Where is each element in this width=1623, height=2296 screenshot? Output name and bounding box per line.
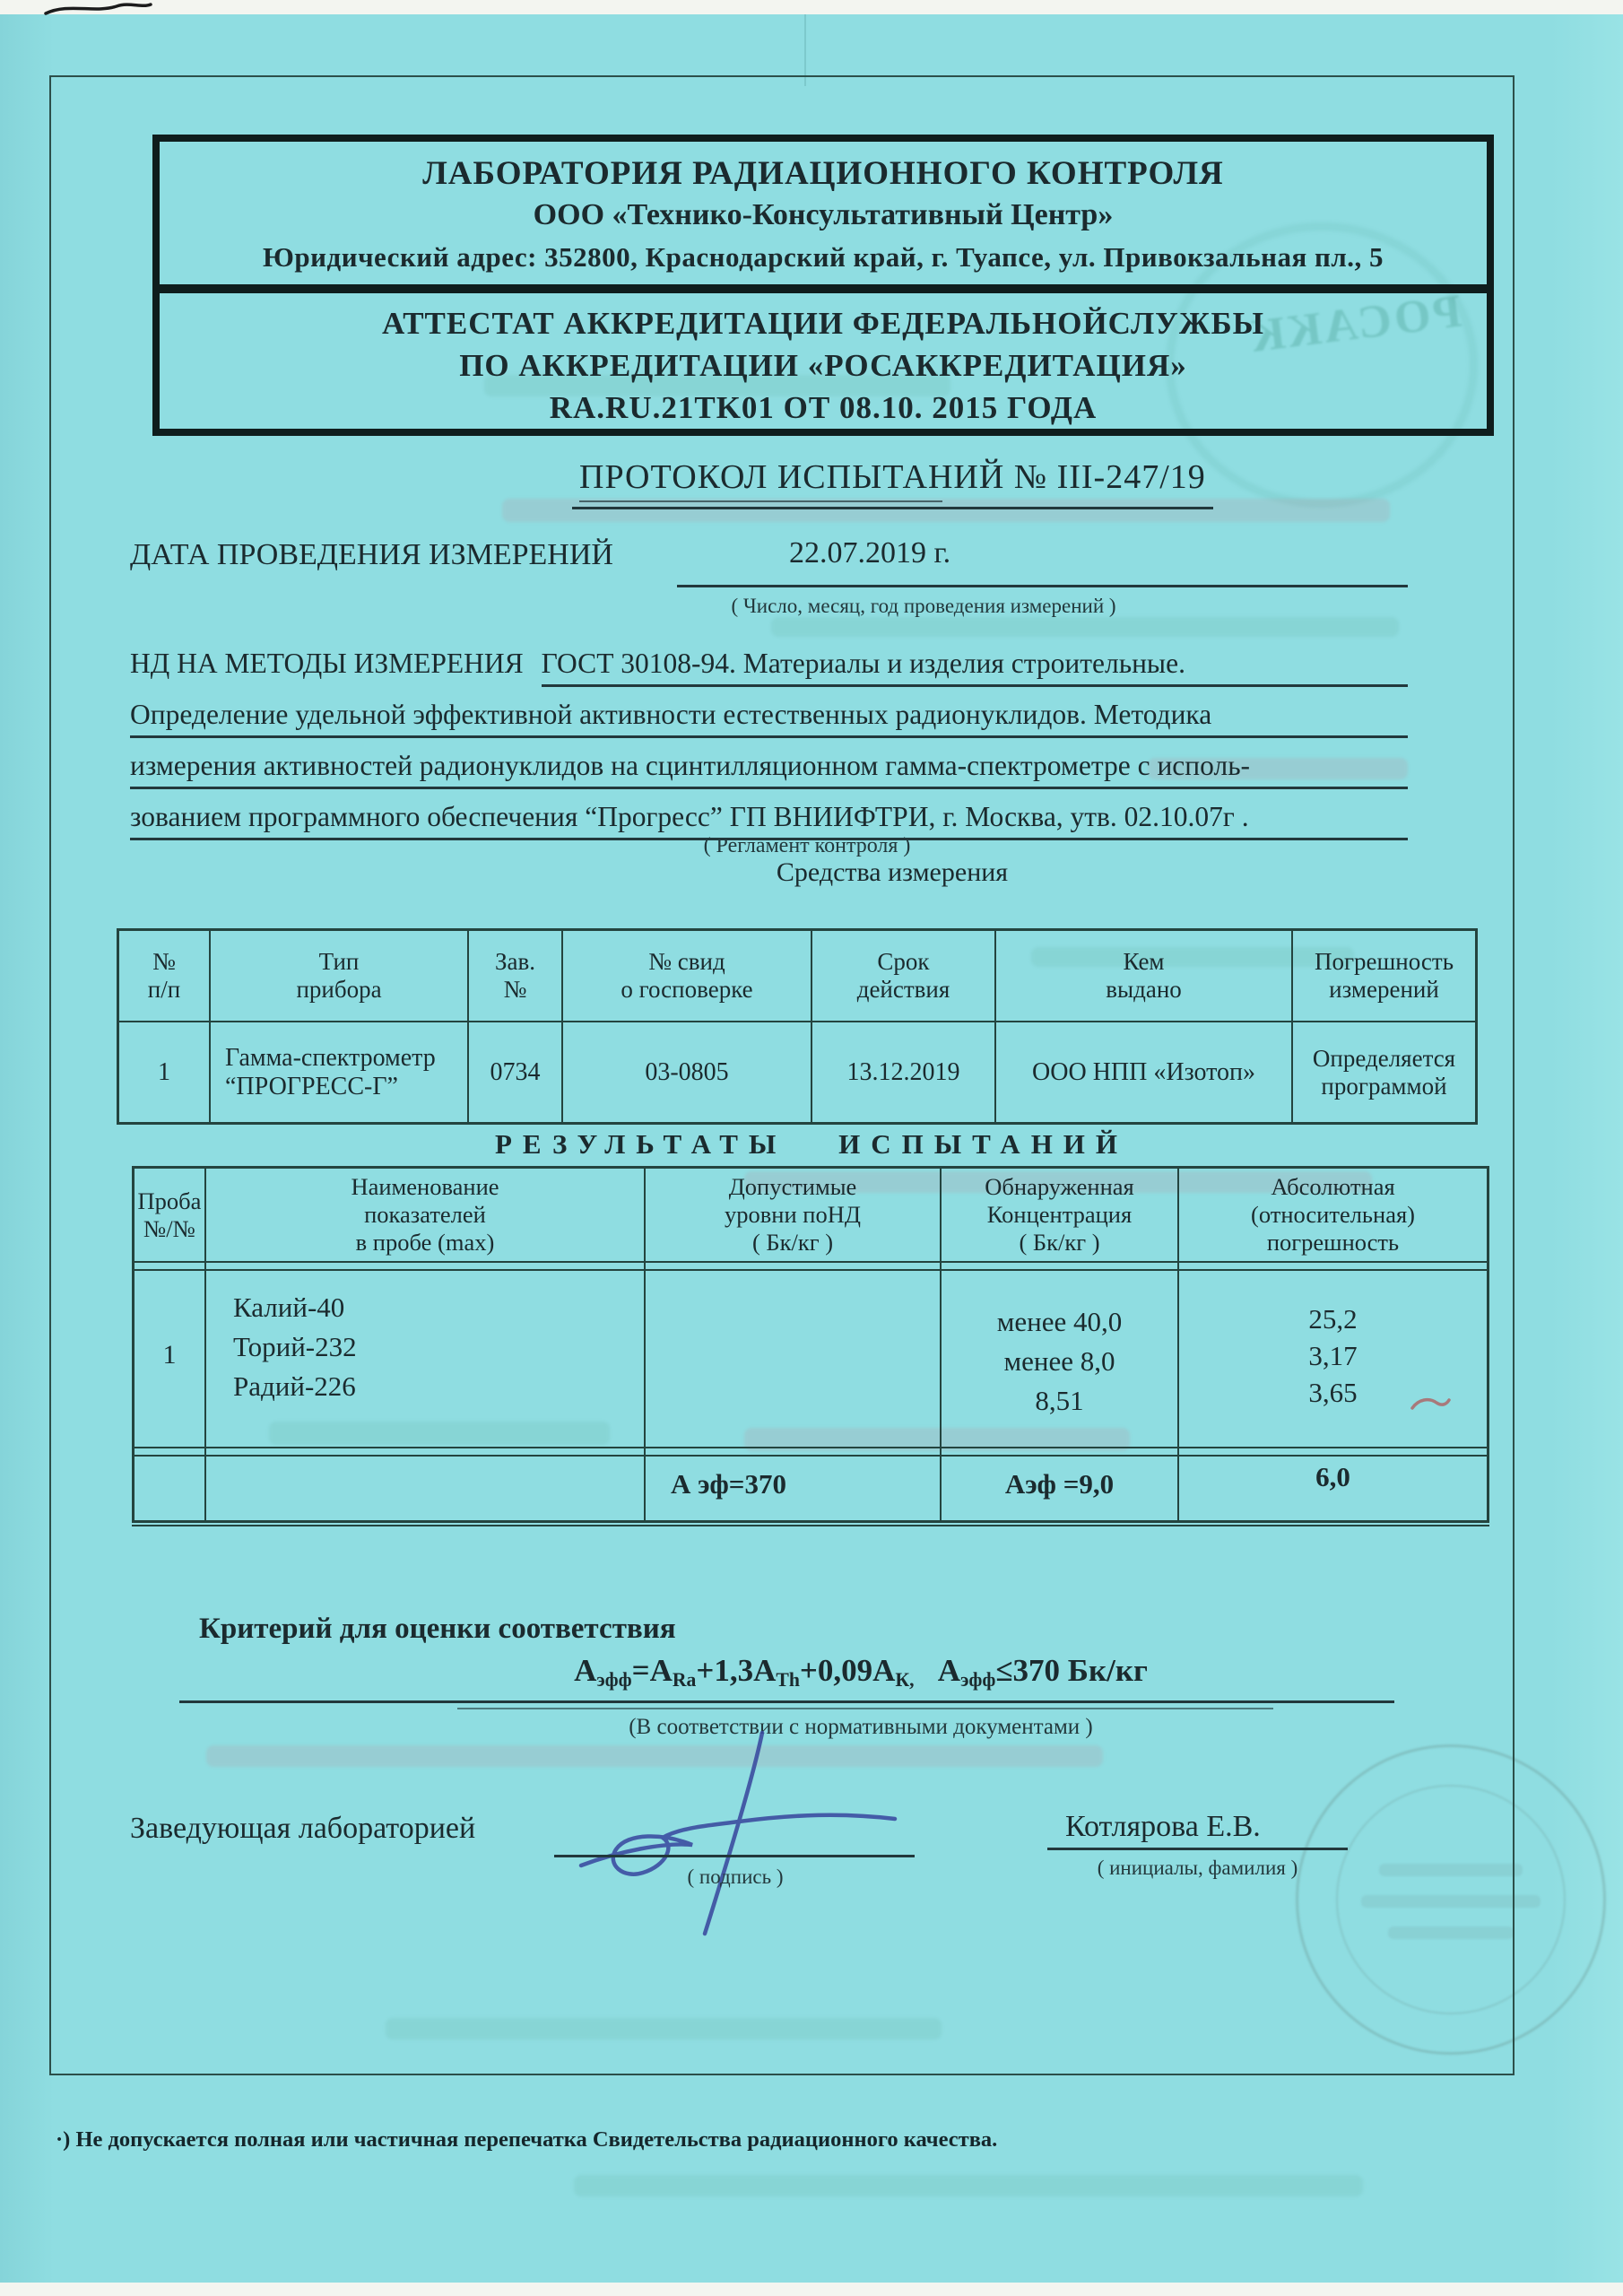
- table-cell: 13.12.2019: [811, 1021, 994, 1122]
- summary-empty-cell: [135, 1447, 204, 1520]
- col-header: Наименование показателей в пробе (max): [204, 1169, 644, 1261]
- methods-label: НД НА МЕТОДЫ ИЗМЕРЕНИЯ: [130, 648, 524, 680]
- double-rule: [132, 1525, 1489, 1526]
- date-underline: [677, 585, 1408, 587]
- signature-line: [554, 1855, 915, 1857]
- footnote: ·) Не допускается полная или частичная п…: [56, 2127, 997, 2152]
- criterion-formula: Аэфф=АRa+1,3АTh+0,09АК, Аэфф≤370 Бк/кг: [323, 1653, 1399, 1692]
- summary-empty-cell: [204, 1447, 644, 1520]
- allowed-levels-cell: [644, 1261, 940, 1447]
- col-header: № п/п: [119, 931, 209, 1021]
- signatory-role: Заведующая лабораторией: [130, 1812, 475, 1846]
- methods-line-2: Определение удельной эффективной активно…: [130, 699, 1408, 738]
- results-title: РЕЗУЛЬТАТЫ ИСПЫТАНИЙ: [341, 1128, 1282, 1161]
- double-rule: [132, 1455, 1489, 1457]
- col-header: Кем выдано: [994, 931, 1291, 1021]
- table-cell: 1: [119, 1021, 209, 1122]
- name-underline: [1047, 1848, 1348, 1850]
- col-header: Зав. №: [467, 931, 561, 1021]
- protocol-title: ПРОТОКОЛ ИСПЫТАНИЙ № III-247/19: [572, 457, 1213, 509]
- criterion-underline: [179, 1700, 1394, 1703]
- error-cell: 25,2 3,17 3,65: [1177, 1261, 1487, 1447]
- table-cell: Определяется программой: [1291, 1021, 1475, 1122]
- org-address: Юридический адрес: 352800, Краснодарский…: [263, 241, 1384, 274]
- col-header: Погрешность измерений: [1291, 931, 1475, 1021]
- instruments-table-title: Средства измерения: [623, 857, 1161, 888]
- handwritten-signature: [529, 1729, 915, 1940]
- instruments-table: № п/п Тип прибора Зав. № № свид о госпов…: [117, 928, 1478, 1125]
- methods-caption: ( Регламент контроля ): [493, 834, 1121, 858]
- table-cell: Гамма-спектрометр “ПРОГРЕСС-Г”: [209, 1021, 467, 1122]
- col-header: Абсолютная (относительная) погрешность: [1177, 1169, 1487, 1261]
- criterion-underline-2: [457, 1708, 1273, 1709]
- summary-error-cell: 6,0: [1177, 1447, 1487, 1520]
- date-label: ДАТА ПРОВЕДЕНИЯ ИЗМЕРЕНИЙ: [130, 538, 613, 572]
- indicators-cell: Калий-40 Торий-232 Радий-226: [204, 1261, 644, 1447]
- double-rule: [132, 1269, 1489, 1271]
- bleedthrough-mark: [574, 2175, 1363, 2196]
- accreditation-line-1: АТТЕСТАТ АККРЕДИТАЦИИ ФЕДЕРАЛЬНОЙСЛУЖБЫ: [382, 302, 1264, 344]
- concentration-cell: менее 40,0 менее 8,0 8,51: [940, 1261, 1177, 1447]
- methods-line-1: ГОСТ 30108-94. Материалы и изделия строи…: [542, 648, 1408, 687]
- col-header: Обнаруженная Концентрация ( Бк/кг ): [940, 1169, 1177, 1261]
- signature-caption: ( подпись ): [601, 1865, 870, 1889]
- results-table: Проба №/№ Наименование показателей в про…: [132, 1166, 1489, 1523]
- col-header: Тип прибора: [209, 931, 467, 1021]
- summary-found-cell: Аэф =9,0: [940, 1447, 1177, 1520]
- scanned-protocol-page: РОСАКК ЛАБОРАТОРИЯ РАДИАЦИОННОГО КОНТРОЛ…: [0, 0, 1623, 2296]
- summary-allowed-cell: А эф=370: [644, 1447, 940, 1520]
- lab-title: ЛАБОРАТОРИЯ РАДИАЦИОННОГО КОНТРОЛЯ: [422, 154, 1224, 193]
- letterhead-divider: [160, 284, 1487, 293]
- red-pen-mark: [1410, 1396, 1453, 1413]
- sample-number-cell: 1: [135, 1261, 204, 1447]
- methods-line-3: измерения активностей радионуклидов на с…: [130, 750, 1408, 789]
- col-header: Допустимые уровни поНД ( Бк/кг ): [644, 1169, 940, 1261]
- org-name: ООО «Технико-Консультативный Центр»: [534, 198, 1114, 232]
- name-caption: ( инициалы, фамилия ): [1047, 1857, 1348, 1880]
- criterion-title: Критерий для оценки соответствия: [199, 1613, 676, 1646]
- date-value: 22.07.2019 г.: [789, 536, 950, 570]
- letterhead-box: ЛАБОРАТОРИЯ РАДИАЦИОННОГО КОНТРОЛЯ ООО «…: [152, 135, 1494, 436]
- signatory-name: Котлярова Е.В.: [1065, 1810, 1261, 1844]
- ink-squiggle-top-left: [43, 0, 154, 18]
- table-cell: ООО НПП «Изотоп»: [994, 1021, 1291, 1122]
- table-cell: 0734: [467, 1021, 561, 1122]
- col-header: Срок действия: [811, 931, 994, 1021]
- col-header: № свид о госповерке: [561, 931, 811, 1021]
- col-header: Проба №/№: [135, 1169, 204, 1261]
- accreditation-line-2: ПО АККРЕДИТАЦИИ «РОСАККРЕДИТАЦИЯ»: [459, 344, 1187, 387]
- table-cell: 03-0805: [561, 1021, 811, 1122]
- methods-section: НД НА МЕТОДЫ ИЗМЕРЕНИЯ ГОСТ 30108-94. Ма…: [130, 648, 1408, 852]
- accreditation-line-3: RA.RU.21TK01 ОТ 08.10. 2015 ГОДА: [550, 387, 1097, 429]
- date-caption: ( Число, месяц, год проведения измерений…: [690, 595, 1157, 618]
